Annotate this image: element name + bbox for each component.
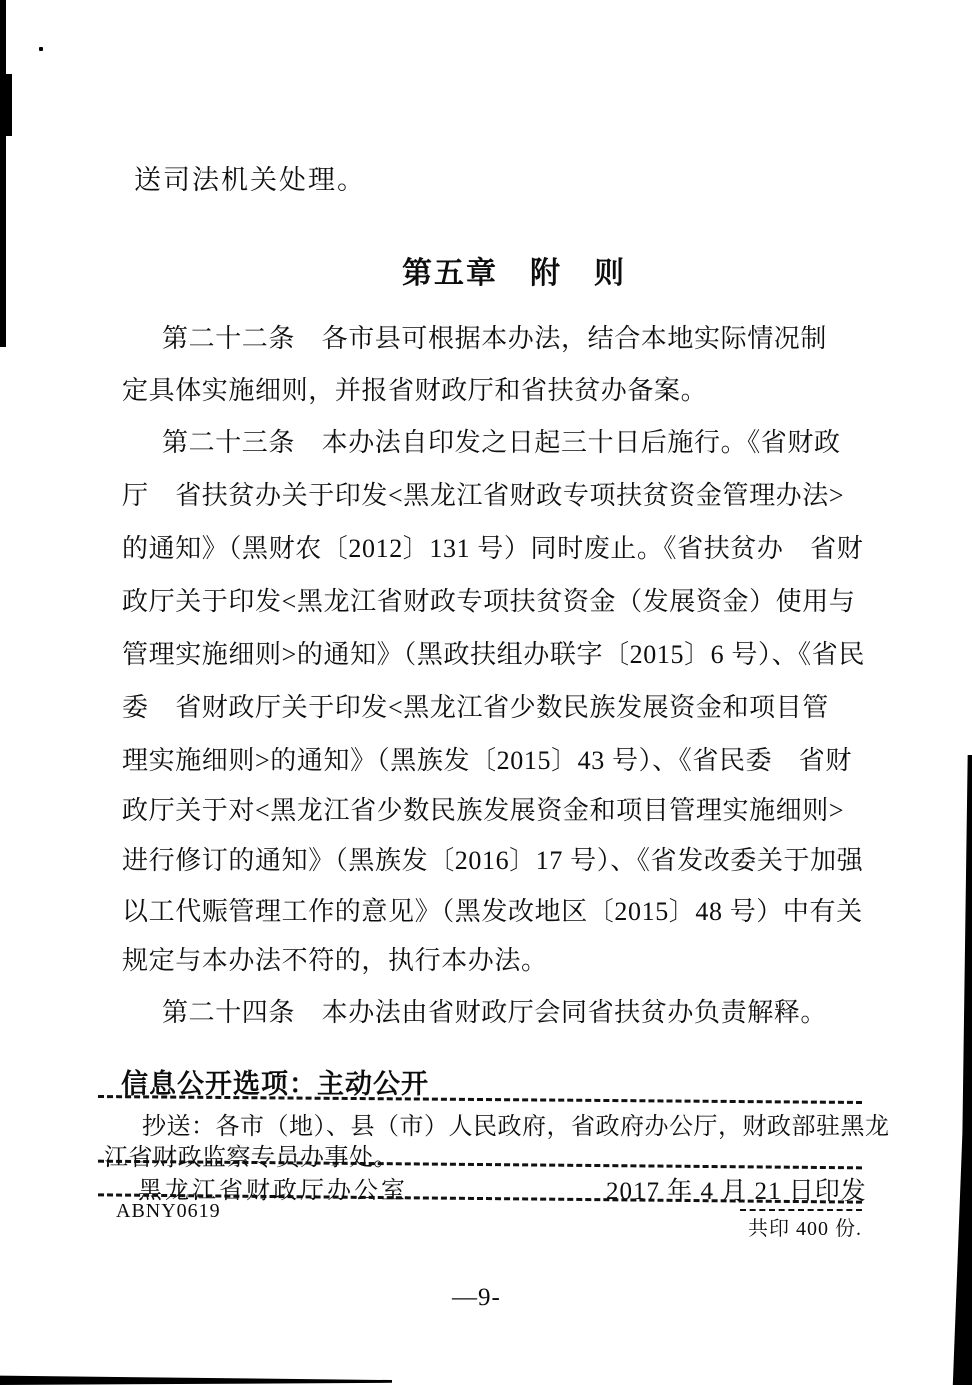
page-number: —9-	[452, 1284, 501, 1312]
scanned-document-page: 送司法机关处理。 第五章 附 则 第二十二条 各市县可根据本办法，结合本地实际情…	[0, 0, 972, 1385]
body-line-article-23-8: 政厅关于对<黑龙江省少数民族发展资金和项目管理实施细则>	[122, 790, 864, 827]
scan-artifact-dot	[39, 47, 43, 51]
body-line-article-23-2: 厅 省扶贫办关于印发<黑龙江省财政专项扶贫资金管理办法>	[122, 475, 864, 512]
cc-list-line-1: 抄送：各市（地）、县（市）人民政府，省政府办公厅，财政部驻黑龙	[142, 1106, 890, 1141]
paragraph-carryover-line: 送司法机关处理。	[134, 158, 876, 197]
body-line-article-23-6: 委 省财政厅关于印发<黑龙江省少数民族发展资金和项目管	[122, 687, 864, 724]
body-line-article-23-3: 的通知》（黑财农〔2012〕131 号）同时废止。《省扶贫办 省财	[122, 528, 864, 565]
body-line-article-23-10: 以工代赈管理工作的意见》（黑发改地区〔2015〕48 号）中有关	[122, 891, 864, 928]
chapter-heading: 第五章 附 则	[402, 248, 626, 292]
body-line-article-23-4: 政厅关于印发<黑龙江省财政专项扶贫资金（发展资金）使用与	[122, 581, 864, 618]
body-line-article-23-9: 进行修订的通知》（黑族发〔2016〕17 号）、《省发改委关于加强	[122, 840, 864, 877]
colophon-rule-print-count	[740, 1209, 862, 1211]
scan-artifact-left-notch	[0, 74, 12, 136]
cc-list-line-2: 江省财政监察专员办事处。	[104, 1137, 398, 1172]
body-line-article-23-1: 第二十三条 本办法自印发之日起三十日后施行。《省财政	[122, 422, 904, 459]
body-line-article-24: 第二十四条 本办法由省财政厅会同省扶贫办负责解释。	[122, 992, 904, 1029]
scan-artifact-right-edge	[948, 755, 972, 1385]
document-code: ABNY0619	[116, 1200, 221, 1223]
body-line-article-23-11: 规定与本办法不符的，执行本办法。	[122, 940, 864, 977]
body-line-article-23-7: 理实施细则>的通知》（黑族发〔2015〕43 号）、《省民委 省财	[122, 740, 864, 777]
body-line-article-22-2: 定具体实施细则，并报省财政厅和省扶贫办备案。	[122, 370, 864, 407]
print-date: 2017 年 4 月 21 日印发	[606, 1171, 867, 1207]
print-count: 共印 400 份.	[748, 1212, 862, 1241]
scan-artifact-bottom-edge	[0, 1374, 392, 1385]
scan-artifact-left-edge	[0, 0, 6, 347]
body-line-article-23-5: 管理实施细则>的通知》（黑政扶组办联字〔2015〕6 号）、《省民	[122, 634, 864, 671]
body-line-article-22-1: 第二十二条 各市县可根据本办法，结合本地实际情况制	[122, 318, 904, 355]
